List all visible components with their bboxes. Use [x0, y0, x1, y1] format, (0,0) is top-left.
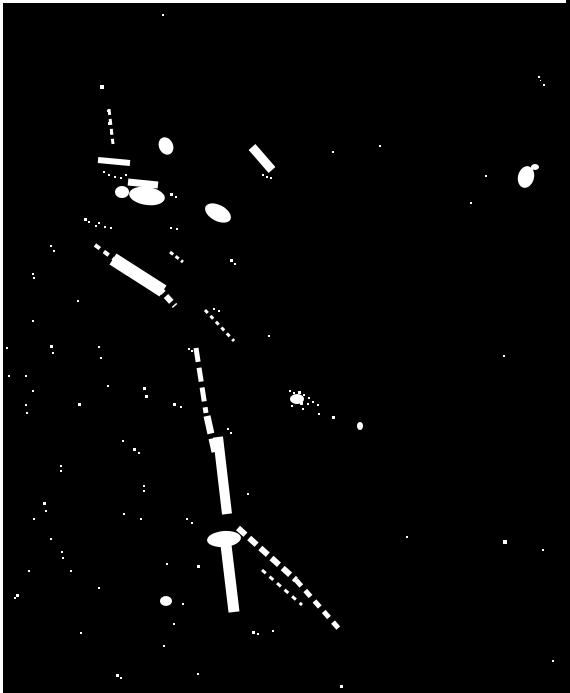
- binary-photo: [0, 0, 570, 693]
- binary-photo-frame: [0, 0, 570, 693]
- photo-background: [0, 0, 570, 693]
